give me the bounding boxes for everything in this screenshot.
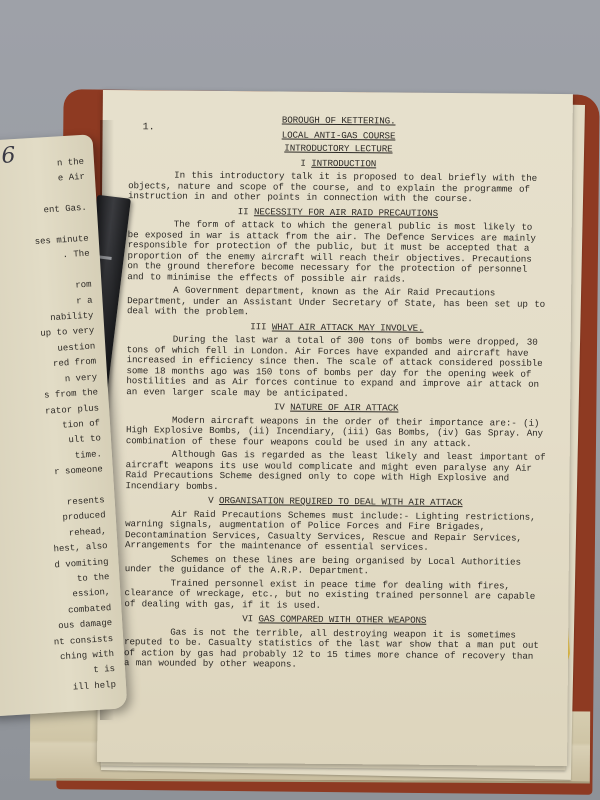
- paragraph: In this introductory talk it is proposed…: [128, 170, 548, 205]
- section-numeral: III: [250, 321, 272, 332]
- section-title: NATURE OF AIR ATTACK: [290, 402, 398, 414]
- section-numeral: II: [238, 206, 254, 217]
- paragraph: Although Gas is regarded as the least li…: [125, 449, 545, 495]
- section-heading: III WHAT AIR ATTACK MAY INVOLVE.: [127, 321, 547, 335]
- organisation-title: BOROUGH OF KETTERING.: [129, 114, 549, 128]
- section-heading: IV NATURE OF AIR ATTACK: [126, 401, 546, 415]
- lecture-title: INTRODUCTORY LECTURE: [128, 142, 548, 156]
- document-body: BOROUGH OF KETTERING. LOCAL ANTI-GAS COU…: [124, 110, 549, 675]
- paragraph: Air Raid Precautions Schemes must includ…: [125, 509, 545, 555]
- section-title: WHAT AIR ATTACK MAY INVOLVE.: [272, 321, 424, 333]
- section-heading: V ORGANISATION REQUIRED TO DEAL WITH AIR…: [125, 495, 545, 509]
- section-numeral: I: [300, 157, 311, 168]
- section-numeral: V: [208, 495, 219, 506]
- paragraph: A Government department, known as the Ai…: [127, 285, 547, 320]
- section-numeral: VI: [242, 613, 258, 624]
- section-title: ORGANISATION REQUIRED TO DEAL WITH AIR A…: [219, 495, 463, 508]
- section-numeral: IV: [274, 401, 290, 412]
- paragraph: During the last war a total of 300 tons …: [126, 334, 547, 401]
- section-title: GAS COMPARED WITH OTHER WEAPONS: [258, 613, 426, 625]
- section-heading: VI GAS COMPARED WITH OTHER WEAPONS: [124, 613, 544, 627]
- paragraph: The form of attack to which the general …: [127, 219, 548, 286]
- paragraph: Schemes on these lines are being organis…: [125, 554, 545, 579]
- section-heading: I INTRODUCTION: [128, 157, 548, 171]
- sections: I INTRODUCTIONIn this introductory talk …: [124, 157, 548, 673]
- section-title: INTRODUCTION: [311, 157, 376, 169]
- course-title: LOCAL ANTI-GAS COURSE: [129, 129, 549, 143]
- main-document-page: 1. BOROUGH OF KETTERING. LOCAL ANTI-GAS …: [97, 90, 573, 766]
- paragraph: Modern aircraft weapons in the order of …: [126, 415, 546, 450]
- paragraph: Trained personnel exist in peace time fo…: [124, 578, 544, 613]
- paragraph: Gas is not the terrible, all destroying …: [124, 627, 544, 673]
- section-title: NECESSITY FOR AIR RAID PRECAUTIONS: [254, 206, 438, 219]
- section-heading: II NECESSITY FOR AIR RAID PRECAUTIONS: [128, 206, 548, 220]
